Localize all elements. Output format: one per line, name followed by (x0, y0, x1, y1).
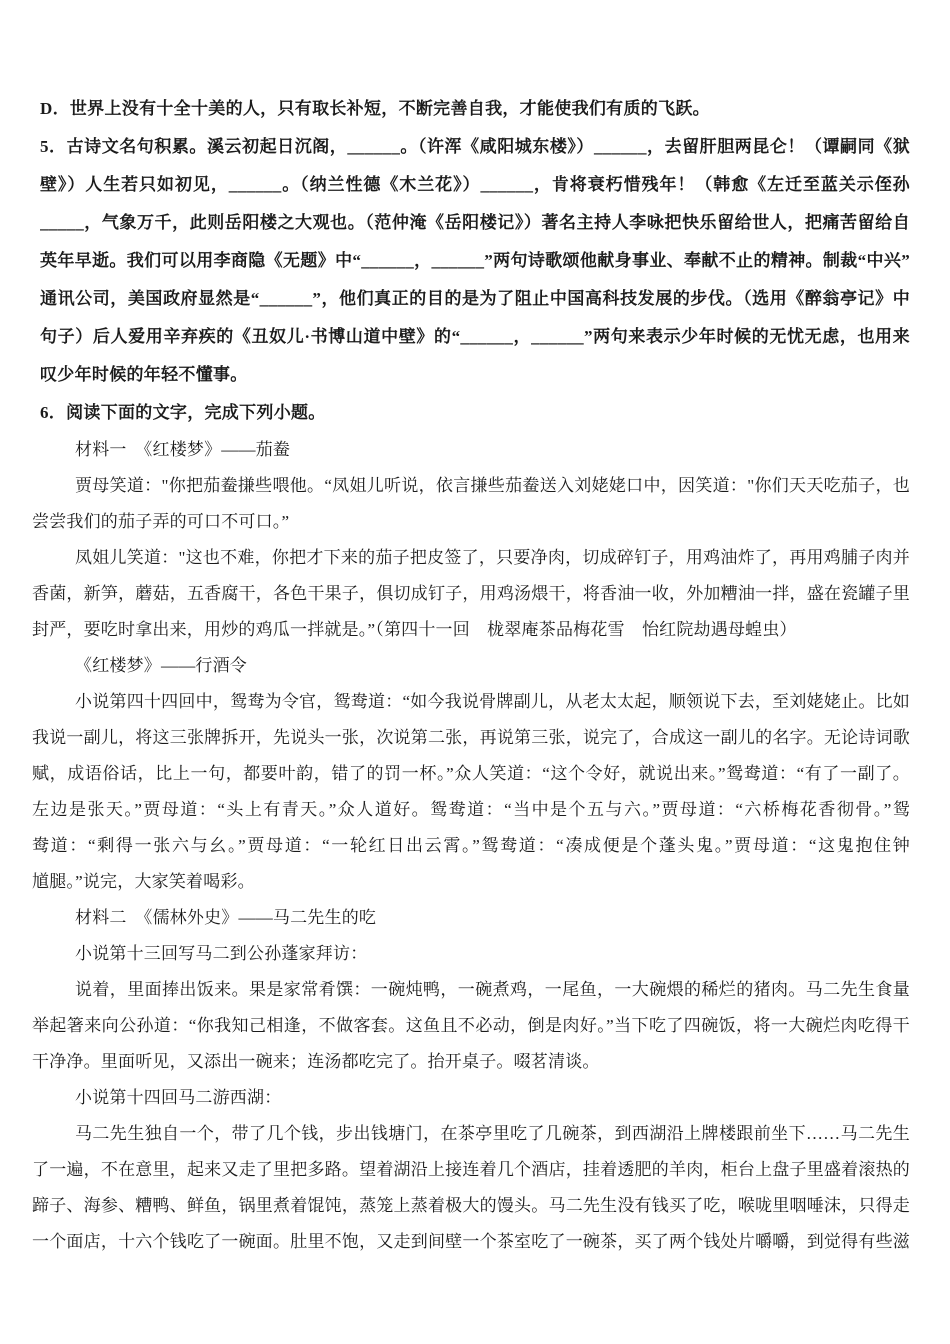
material-1-para-3-line-3: 赋，成语俗话，比上一句，都要叶韵，错了的罚一杯。”众人笑道：“这个令好，就说出来… (32, 756, 910, 792)
material-1-subheading: 《红楼梦》——行酒令 (75, 648, 910, 684)
material-1-para-3-line-1: 小说第四十四回中，鸳鸯为令官，鸳鸯道：“如今我说骨牌副儿，从老太太起，顺领说下去… (75, 684, 910, 720)
material-2-para-2-line-2: 了一遍，不在意里，起来又走了里把多路。望着湖沿上接连着几个酒店，挂着透肥的羊肉，… (32, 1152, 910, 1188)
material-2-intro-2: 小说第十四回马二游西湖： (75, 1080, 910, 1116)
material-1-para-2-line-2: 香菌，新笋，蘑菇，五香腐干，各色干果子，俱切成钉子，用鸡汤煨干，将香油一收，外加… (32, 576, 910, 612)
question-5-line-3: _____，气象万千，此则岳阳楼之大观也。（范仲淹《岳阳楼记》）著名主持人李咏把… (40, 204, 910, 242)
question-5-line-1: 5．古诗文名句积累。溪云初起日沉阁，______。（许浑《咸阳城东楼》）____… (40, 128, 910, 166)
material-2-para-2-line-4: 一个面店，十六个钱吃了一碗面。肚里不饱，又走到间壁一个茶室吃了一碗茶，买了两个钱… (32, 1224, 910, 1260)
material-1-para-3-line-4: 左边是张天。”贾母道：“头上有青天。”众人道好。鸳鸯道：“当中是个五与六。”贾母… (32, 792, 910, 828)
material-1-para-1-line-1: 贾母笑道："你把茄鲞搛些喂他。“凤姐儿听说，依言搛些茄鲞送入刘姥姥口中，因笑道：… (75, 468, 910, 504)
material-1-para-3-line-2: 我说一副儿，将这三张牌拆开，先说头一张，次说第二张，再说第三张，说完了，合成这一… (32, 720, 910, 756)
material-1-heading: 材料一 《红楼梦》——茄鲞 (75, 432, 910, 468)
material-2-para-2-line-1: 马二先生独自一个，带了几个钱，步出钱塘门，在茶亭里吃了几碗茶，到西湖沿上牌楼跟前… (75, 1116, 910, 1152)
material-2-para-1-line-3: 干净净。里面听见，又添出一碗来；连汤都吃完了。抬开桌子。啜茗清谈。 (32, 1044, 910, 1080)
question-5-line-7: 叹少年时候的年轻不懂事。 (40, 356, 910, 394)
question-6-stem: 6．阅读下面的文字，完成下列小题。 (40, 394, 910, 432)
question-5-line-5: 通讯公司，美国政府显然是“______”，他们真正的目的是为了阻止中国高科技发展… (40, 280, 910, 318)
material-2-heading: 材料二 《儒林外史》——马二先生的吃 (75, 900, 910, 936)
material-1-para-3-line-5: 鸯道：“剩得一张六与幺。”贾母道：“一轮红日出云霄。”鸳鸯道：“凑成便是个蓬头鬼… (32, 828, 910, 864)
document-body: D．世界上没有十全十美的人，只有取长补短，不断完善自我，才能使我们有质的飞跃。5… (0, 0, 950, 1260)
material-1-para-2-line-3: 封严，要吃时拿出来，用炒的鸡瓜一拌就是。”（第四十一回 栊翠庵茶品梅花雪 怡红院… (32, 612, 910, 648)
exam-page: D．世界上没有十全十美的人，只有取长补短，不断完善自我，才能使我们有质的飞跃。5… (0, 0, 950, 1344)
question-5-line-4: 英年早逝。我们可以用李商隐《无题》中“______，______”两句诗歌颂他献… (40, 242, 910, 280)
material-1-para-3-line-6: 馗腿。”说完，大家笑着喝彩。 (32, 864, 910, 900)
question-5-line-2: 壁》）人生若只如初见，______。（纳兰性德《木兰花》）______，肯将衰朽… (40, 166, 910, 204)
material-2-para-1-line-2: 举起箸来向公孙道：“你我知己相逢，不做客套。这鱼且不必动，倒是肉好。”当下吃了四… (32, 1008, 910, 1044)
option-d: D．世界上没有十全十美的人，只有取长补短，不断完善自我，才能使我们有质的飞跃。 (40, 90, 910, 128)
material-2-intro-1: 小说第十三回写马二到公孙蓬家拜访： (75, 936, 910, 972)
question-5-line-6: 句子）后人爱用辛弃疾的《丑奴儿·书博山道中壁》的“______，______”两… (40, 318, 910, 356)
material-1-para-1-line-2: 尝尝我们的茄子弄的可口不可口。” (32, 504, 910, 540)
material-1-para-2-line-1: 凤姐儿笑道："这也不难，你把才下来的茄子把皮签了，只要净肉，切成碎钉子，用鸡油炸… (75, 540, 910, 576)
material-2-para-2-line-3: 蹄子、海参、糟鸭、鲜鱼，锅里煮着馄饨，蒸笼上蒸着极大的馒头。马二先生没有钱买了吃… (32, 1188, 910, 1224)
material-2-para-1-line-1: 说着，里面捧出饭来。果是家常肴馔：一碗炖鸭，一碗煮鸡，一尾鱼，一大碗煨的稀烂的猪… (75, 972, 910, 1008)
